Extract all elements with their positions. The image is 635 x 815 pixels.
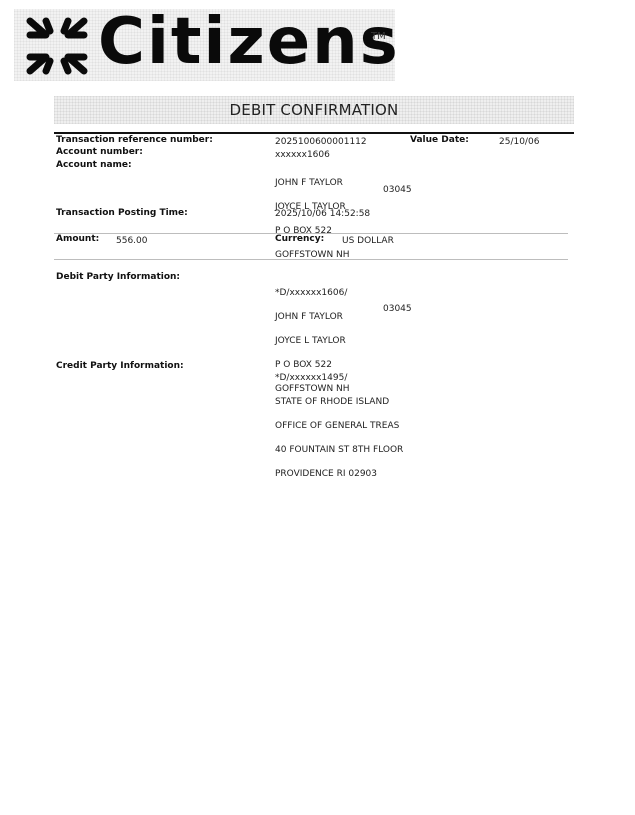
credit-party-line: STATE OF RHODE ISLAND — [275, 398, 403, 406]
citizens-logo: Citizens TM — [14, 9, 395, 81]
debit-party-zip: 03045 — [383, 304, 412, 314]
credit-party-label: Credit Party Information: — [56, 361, 184, 371]
debit-party-line: *D/xxxxxx1606/ — [275, 289, 350, 297]
posting-time-label: Transaction Posting Time: — [56, 208, 188, 218]
transaction-reference-value: 2025100600001112 — [275, 137, 367, 147]
amount-value: 556.00 — [116, 236, 148, 246]
header-divider — [54, 132, 574, 134]
address-line: JOHN F TAYLOR — [275, 179, 350, 187]
section-divider — [54, 259, 568, 260]
currency-value: US DOLLAR — [342, 236, 394, 246]
debit-party-line: JOYCE L TAYLOR — [275, 337, 350, 345]
credit-party-line: 40 FOUNTAIN ST 8TH FLOOR — [275, 446, 403, 454]
document-title-banner: DEBIT CONFIRMATION — [54, 96, 574, 124]
posting-time-value: 2025/10/06 14:52:58 — [275, 209, 370, 219]
debit-party-label: Debit Party Information: — [56, 272, 180, 282]
trademark-symbol: TM — [371, 31, 386, 42]
debit-party-line: JOHN F TAYLOR — [275, 313, 350, 321]
account-name-zip: 03045 — [383, 185, 412, 195]
value-date-label: Value Date: — [410, 135, 469, 145]
amount-label: Amount: — [56, 234, 99, 244]
credit-party-line: *D/xxxxxx1495/ — [275, 374, 403, 382]
credit-party-info: *D/xxxxxx1495/ STATE OF RHODE ISLAND OFF… — [275, 358, 403, 486]
address-line: GOFFSTOWN NH — [275, 251, 350, 259]
logo-wordmark: Citizens — [98, 5, 400, 79]
account-number-value: xxxxxx1606 — [275, 150, 330, 160]
account-name-label: Account name: — [56, 160, 132, 170]
credit-party-line: PROVIDENCE RI 02903 — [275, 470, 403, 478]
document-title: DEBIT CONFIRMATION — [230, 101, 399, 119]
citizens-asterisk-logo-icon — [24, 17, 90, 75]
value-date-value: 25/10/06 — [499, 137, 539, 147]
transaction-reference-label: Transaction reference number: — [56, 135, 213, 145]
credit-party-line: OFFICE OF GENERAL TREAS — [275, 422, 403, 430]
account-number-label: Account number: — [56, 147, 143, 157]
currency-label: Currency: — [275, 234, 324, 244]
